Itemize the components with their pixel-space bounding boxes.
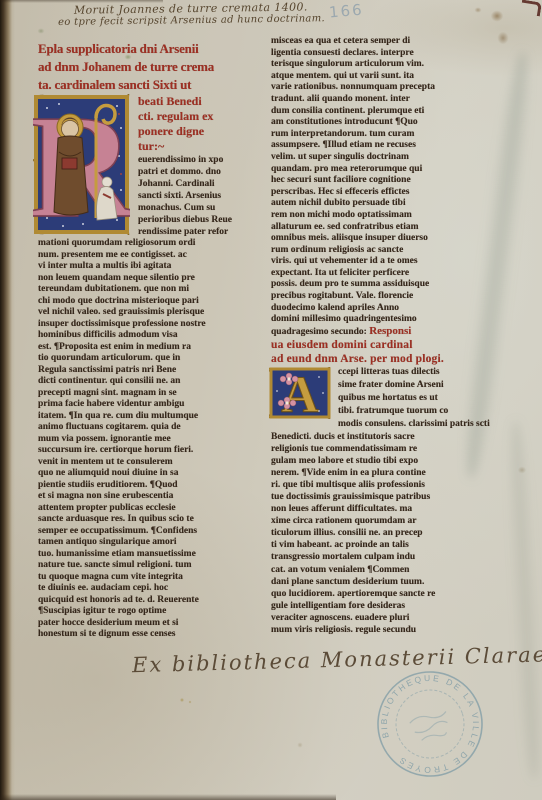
top-annotation: Moruit Joannes de turre cremata 1400. eo…	[74, 0, 325, 27]
text-line: transgressio mortalem culpam indu	[271, 551, 509, 563]
text-line: nerem. ¶Vide enim in ea plura contine	[271, 467, 509, 479]
text-line: perioribus diebus Reue	[138, 214, 264, 226]
text-line: terisque singulorum articulorum vim.	[271, 59, 509, 71]
text-line: sancti sixti. Arsenius	[138, 190, 264, 202]
text-line: tur:~	[138, 139, 264, 154]
text-line: tue doctissimis grauissimisque patribus	[271, 491, 509, 503]
text-line: animo fluctuans cogitarem. quia de	[38, 422, 264, 434]
text-line: quo lucidiorem. apertioremque sancte re	[271, 588, 509, 600]
text-line: pientie studiis eruditiorem. ¶Quod	[38, 480, 264, 492]
text-line: am constitutiones introducunt ¶Quo	[271, 117, 509, 129]
text-line: ri. que tibi multisque aliis professioni…	[271, 479, 509, 491]
text-line: prima facie habere videntur ambigu	[38, 399, 264, 411]
text-line: vel nichil valeo. sed grauissimis pleris…	[38, 307, 264, 319]
text-line: beati Benedi	[138, 94, 264, 109]
text-line: modis consulens. clarissimi patris scti	[338, 418, 509, 430]
text-line: et si magna non sine erubescentia	[38, 491, 264, 503]
text-line: Epla supplicatoria dni Arsenii	[38, 40, 264, 58]
library-stamp: BIBLIOTHEQUE DE LA VILLE DE TROYES	[356, 650, 505, 799]
text-line: ti vim habeant. ac proinde an talis	[271, 539, 509, 551]
text-line: mationi quorumdam religiosorum ordi	[38, 238, 264, 250]
text-line: atque mentem. qui ut varii sunt. ita	[271, 71, 509, 83]
text-line: semper ee occupatissimum. ¶Confidens	[38, 526, 264, 538]
text-line-mixed: quadragesimo secundo: Responsi	[271, 326, 509, 339]
text-line: perscribas. Hec si effeceris effictes	[271, 187, 509, 199]
text-line: tereundam dubitationem. que non mi	[38, 284, 264, 296]
text-line: omnibus meis. aliisque insuper diuerso	[271, 233, 509, 245]
text-line: Johanni. Cardinali	[138, 178, 264, 190]
saint-benedict-figure	[54, 114, 88, 215]
text-line: ad eund dnm Arse. per mod plogi.	[271, 352, 509, 366]
text-line: insuper doctissimisque professione nostr…	[38, 319, 264, 331]
text-line: possis. deum pro te summa assiduisque	[271, 279, 509, 291]
text-line: monachus. Cum su	[138, 202, 264, 214]
text-line: vi inter multa a multis ibi agitata	[38, 261, 264, 273]
text-line: Benedicti. ducis et institutoris sacre	[271, 431, 509, 443]
text-line: ad dnm Johanem de turre crema	[38, 58, 264, 76]
text-line: ligentia consuesti declares. interpre	[271, 48, 509, 60]
text-line: velim. ut super singulis doctrinam	[271, 152, 509, 164]
text-line: Regula sanctissimi patris nri Bene	[38, 365, 264, 377]
left-text-column: Epla supplicatoria dni Arseniiad dnm Joh…	[38, 40, 264, 641]
text-line: attentem propter publicas ecclesie	[38, 503, 264, 515]
text-line: precepti magni sint. magnam in se	[38, 388, 264, 400]
text-line: quandam. pro mea reterorumque qui	[271, 164, 509, 176]
text-line: dicti continentur. qui consilii ne. an	[38, 376, 264, 388]
text-line: viris. qui ut vehementer id a te omes	[271, 256, 509, 268]
text-line: ponere digne	[138, 124, 264, 139]
text-line: est. ¶Proposita est enim in medium ra	[38, 342, 264, 354]
text-line: rum ordinum religiosis ac sancte	[271, 245, 509, 257]
text-line: hec securi sunt faciliore cognitione	[271, 175, 509, 187]
text-line: rendissime pater refor	[138, 226, 264, 238]
text-line: honestum si te dignum esse censes	[38, 629, 264, 641]
text-line: ta. cardinalem sancti Sixti ut	[38, 76, 264, 94]
text-line: dani plane sanctum desiderium tuum.	[271, 576, 509, 588]
text-line: precibus rogitabunt. Vale. florencie	[271, 291, 509, 303]
text-line: religionis tue commendatissimam re	[271, 443, 509, 455]
text-line: mum viris religiosis. regule secundu	[271, 624, 509, 636]
binding-gutter-edge	[0, 0, 15, 800]
text-line: ticulorum illius. consilii ne. an precep	[271, 527, 509, 539]
text-line: euerendissimo in xpo	[138, 154, 264, 166]
text-line: sime frater domine Arseni	[338, 379, 509, 392]
text-line: venit in mentem ut te consulerem	[38, 457, 264, 469]
text-line: num. presentem me ee contigisset. ac	[38, 250, 264, 262]
text-line: veraciter agnoscens. euadere pluri	[271, 612, 509, 624]
text-line: ua eiusdem domini cardinal	[271, 338, 509, 352]
text-line: non leuem quandam neque silentio pre	[38, 273, 264, 285]
text-line: varie rationibus. nonnumquam precepta	[271, 82, 509, 94]
right-rubric-heading: ua eiusdem domini cardinalad eund dnm Ar…	[271, 338, 509, 366]
text-line: rum interpretandorum. tum curam	[271, 129, 509, 141]
right-text-block-bottom: modis consulens. clarissimi patris sctiB…	[271, 418, 509, 636]
text-line: tuo. humanissime etiam mansuetissime	[38, 549, 264, 561]
text-line: succursum ire. certiorque horum fieri.	[38, 445, 264, 457]
text-line: domini millesimo quadringentesimo	[271, 314, 509, 326]
text-line: itatem. ¶In qua re. cum diu multumque	[38, 411, 264, 423]
text-line: hominibus difficilis admodum visa	[38, 330, 264, 342]
corner-ink-mark	[520, 0, 542, 16]
text-line: assumpsere. ¶Illud etiam ne recuses	[271, 140, 509, 152]
folio-number: 166	[328, 1, 364, 22]
text-line: patri et dommo. dno	[138, 166, 264, 178]
text-line: autem nichil dubito persuade tibi	[271, 198, 509, 210]
right-text-column: misceas ea qua et cetera semper diligent…	[271, 36, 509, 636]
stamp-legend: BIBLIOTHEQUE DE LA VILLE DE TROYES	[366, 660, 495, 789]
text-line: ¶Suscipias igitur te rogo optime	[38, 606, 264, 618]
text-line: tu quoque magna cum vite integrita	[38, 572, 264, 584]
left-text-block: mationi quorumdam religiosorum ordinum. …	[38, 238, 264, 641]
text-line: dum consilia continent. plerumque eti	[271, 106, 509, 118]
text-line: te diuinis ee. audaciam cepi. hoc	[38, 583, 264, 595]
text-line: tamen antiquo singularique amori	[38, 537, 264, 549]
right-text-block-top: misceas ea qua et cetera semper diligent…	[271, 36, 509, 326]
text-line: sancte arduasque res. In quibus scio te	[38, 514, 264, 526]
text-line: chi modo que doctrina misterioque pari	[38, 296, 264, 308]
illuminated-initial-R: R	[33, 94, 130, 235]
text-line: allaturum ee. sed confratribus etiam	[271, 222, 509, 234]
text-line: quibus me hortatus es ut	[338, 392, 509, 405]
text-line: ccepi litteras tuas dilectis	[338, 366, 509, 379]
page-bottom-edge	[0, 794, 336, 800]
mixed-line-red: Responsi	[369, 326, 411, 337]
text-line: quicquid est honoris ad te. d. Reuerente	[38, 595, 264, 607]
left-rubric-heading: Epla supplicatoria dni Arseniiad dnm Joh…	[38, 40, 264, 94]
text-line: gule intelligentiam fore desideras	[271, 600, 509, 612]
text-line: quo ne aliumquid noui diuine in sa	[38, 468, 264, 480]
annotation-line-2: eo tpre fecit scripsit Arsenius ad hunc …	[58, 13, 325, 28]
text-line: mum via possem. ignorantie mee	[38, 434, 264, 446]
text-line: nature tue. sancte simul religioni. tum	[38, 560, 264, 572]
text-line: non leues afferunt difficultates. ma	[271, 503, 509, 515]
text-line: misceas ea qua et cetera semper di	[271, 36, 509, 48]
text-line: cat. an votum venialem ¶Commen	[271, 564, 509, 576]
parchment-fold-shadow-lower	[505, 420, 542, 781]
text-line: gulam meo labore et studio tibi expo	[271, 455, 509, 467]
stamp-center-device	[409, 709, 453, 745]
text-line: tibi. fratrumque tuorum co	[338, 405, 509, 418]
text-line: rem non michi modo optatissimam	[271, 210, 509, 222]
text-line: cti. regulam ex	[138, 109, 264, 124]
text-line: tradunt. alii quando monent. inter	[271, 94, 509, 106]
text-line: xime circa rationem quorumdam ar	[271, 515, 509, 527]
text-line: pater hocce desiderium meum et si	[38, 618, 264, 630]
text-line: tio quorundam articulorum. que in	[38, 353, 264, 365]
text-line: expectant. Ita ut feliciter perficere	[271, 268, 509, 280]
mixed-line-black: quadragesimo secundo:	[271, 327, 369, 337]
text-line: duodecimo kalend apriles Anno	[271, 303, 509, 315]
illuminated-initial-A: A	[269, 367, 331, 419]
manuscript-page: Moruit Joannes de turre cremata 1400. eo…	[0, 0, 542, 800]
